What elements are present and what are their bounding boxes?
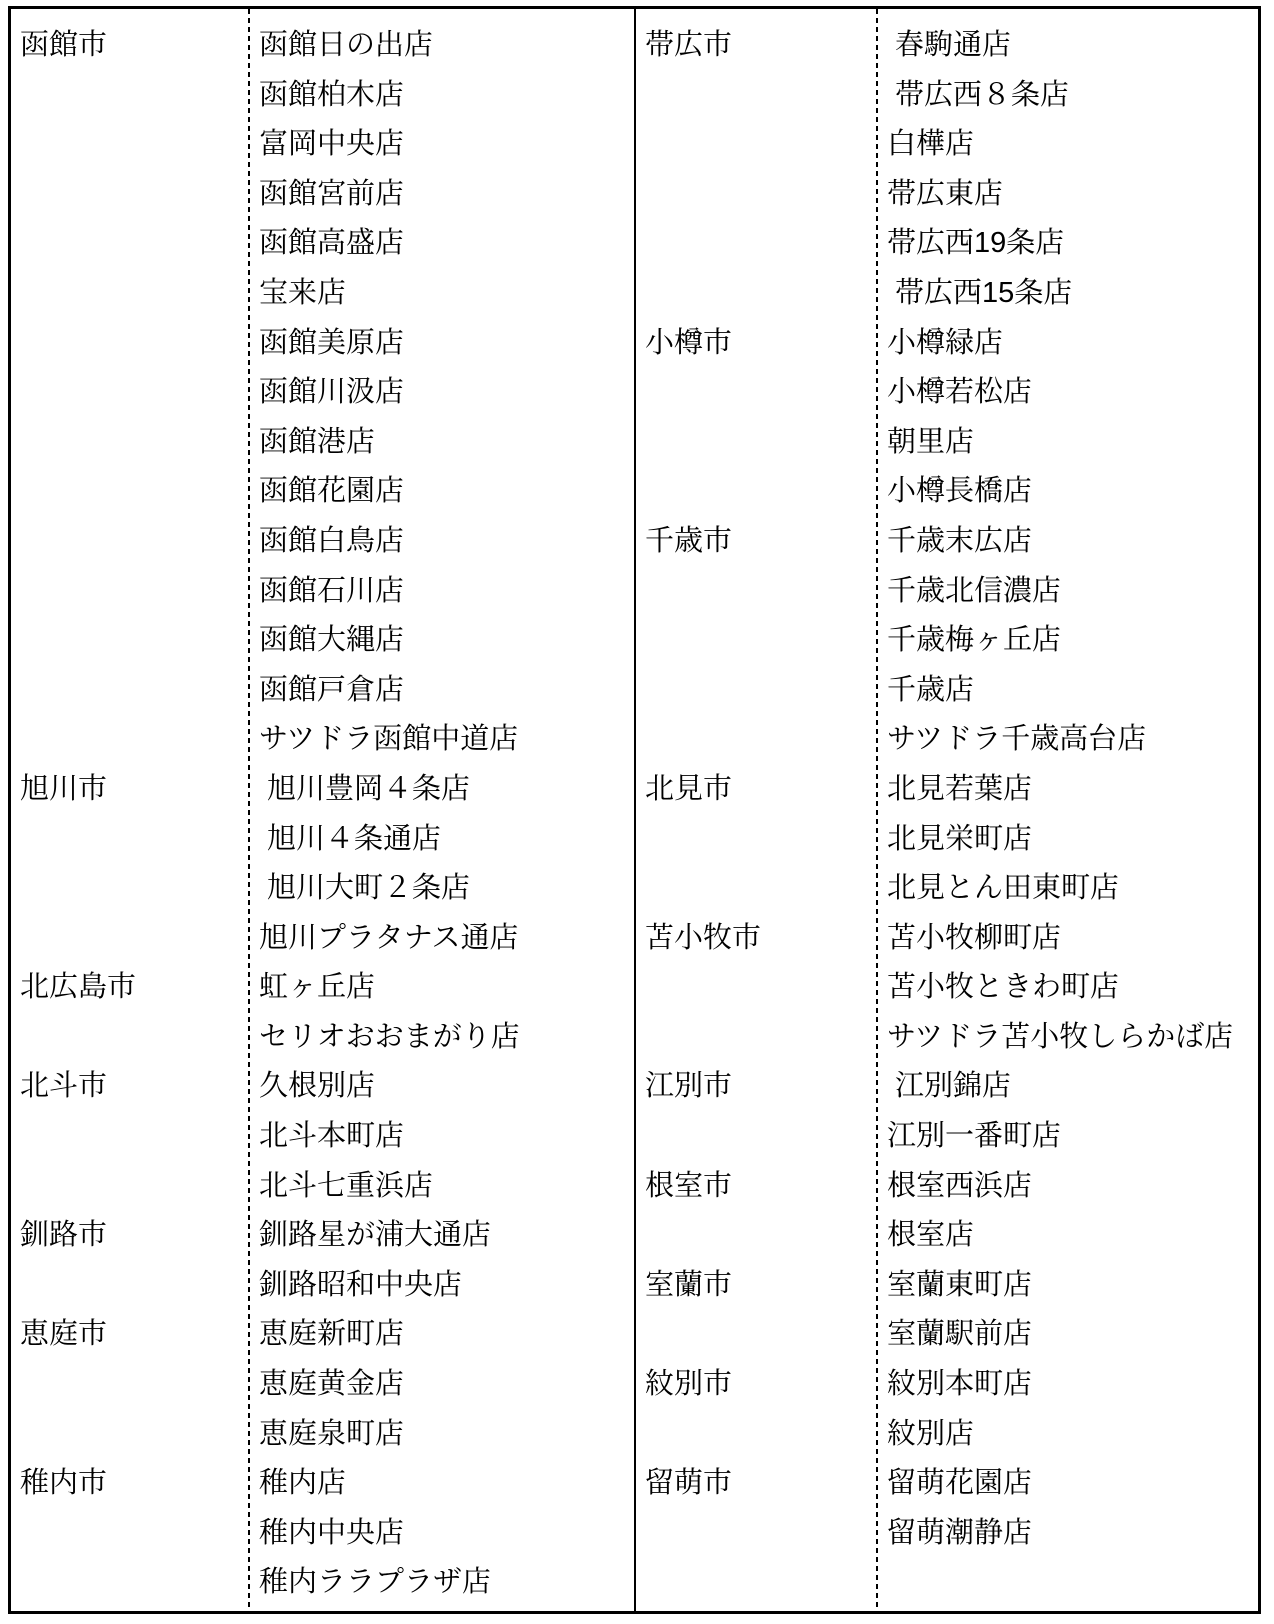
store-cell: 函館高盛店 xyxy=(248,219,634,269)
store-cell: 千歳末広店 xyxy=(876,517,1258,567)
store-cell: 函館日の出店 xyxy=(248,21,634,71)
store-cell: 函館美原店 xyxy=(248,319,634,369)
store-cell: 富岡中央店 xyxy=(248,120,634,170)
store-cell: 恵庭泉町店 xyxy=(248,1410,634,1460)
store-cell: 函館白鳥店 xyxy=(248,517,634,567)
city-cell: 恵庭市 xyxy=(11,1310,248,1360)
store-cell: 紋別店 xyxy=(876,1410,1258,1460)
store-cell: 根室店 xyxy=(876,1211,1258,1261)
store-cell: 函館宮前店 xyxy=(248,170,634,220)
table-right-section: 帯広市 春駒通店 帯広西８条店白樺店帯広東店帯広西19条店 帯広西15条店小樽市… xyxy=(634,9,1258,1611)
store-cell: 虹ヶ丘店 xyxy=(248,963,634,1013)
store-cell: 北見若葉店 xyxy=(876,765,1258,815)
city-cell: 小樽市 xyxy=(636,319,876,369)
city-cell: 帯広市 xyxy=(636,21,876,71)
store-cell: 稚内ララプラザ店 xyxy=(248,1558,634,1608)
store-cell: 函館戸倉店 xyxy=(248,666,634,716)
store-cell: サツドラ苫小牧しらかば店 xyxy=(876,1013,1258,1063)
store-cell: 北斗本町店 xyxy=(248,1112,634,1162)
store-cell: 釧路昭和中央店 xyxy=(248,1261,634,1311)
store-cell: 北斗七重浜店 xyxy=(248,1162,634,1212)
store-cell: 苫小牧ときわ町店 xyxy=(876,963,1258,1013)
store-cell: 千歳梅ヶ丘店 xyxy=(876,616,1258,666)
store-cell: 江別一番町店 xyxy=(876,1112,1258,1162)
store-cell: 旭川プラタナス通店 xyxy=(248,914,634,964)
right-dotted-divider xyxy=(876,9,878,1611)
city-cell: 苫小牧市 xyxy=(636,914,876,964)
store-cell: 留萌潮静店 xyxy=(876,1509,1258,1559)
store-cell: 室蘭東町店 xyxy=(876,1261,1258,1311)
store-cell: 苫小牧柳町店 xyxy=(876,914,1258,964)
store-cell: 千歳北信濃店 xyxy=(876,567,1258,617)
store-cell: 函館港店 xyxy=(248,418,634,468)
store-cell: 江別錦店 xyxy=(876,1062,1258,1112)
left-dotted-divider xyxy=(248,9,250,1611)
store-cell: 小樽若松店 xyxy=(876,368,1258,418)
store-cell: セリオおおまがり店 xyxy=(248,1013,634,1063)
store-cell: 旭川大町２条店 xyxy=(248,864,634,914)
store-cell: 小樽緑店 xyxy=(876,319,1258,369)
store-cell: 帯広西19条店 xyxy=(876,219,1258,269)
store-list-table: 函館市函館日の出店函館柏木店富岡中央店函館宮前店函館高盛店宝来店函館美原店函館川… xyxy=(8,6,1261,1614)
store-cell: 帯広東店 xyxy=(876,170,1258,220)
store-cell: 朝里店 xyxy=(876,418,1258,468)
store-cell: サツドラ千歳高台店 xyxy=(876,715,1258,765)
store-cell: 小樽長橋店 xyxy=(876,467,1258,517)
store-cell: 帯広西15条店 xyxy=(876,269,1258,319)
store-cell: 北見栄町店 xyxy=(876,815,1258,865)
city-cell: 北斗市 xyxy=(11,1062,248,1112)
store-cell: 千歳店 xyxy=(876,666,1258,716)
city-cell: 北見市 xyxy=(636,765,876,815)
store-cell: 白樺店 xyxy=(876,120,1258,170)
store-cell: 紋別本町店 xyxy=(876,1360,1258,1410)
city-cell: 旭川市 xyxy=(11,765,248,815)
store-cell: 函館柏木店 xyxy=(248,71,634,121)
store-cell: 帯広西８条店 xyxy=(876,71,1258,121)
city-cell: 稚内市 xyxy=(11,1459,248,1509)
city-cell: 室蘭市 xyxy=(636,1261,876,1311)
city-cell: 函館市 xyxy=(11,21,248,71)
store-cell: 春駒通店 xyxy=(876,21,1258,71)
city-cell: 江別市 xyxy=(636,1062,876,1112)
store-cell: 函館大縄店 xyxy=(248,616,634,666)
store-cell: 稚内中央店 xyxy=(248,1509,634,1559)
city-cell: 根室市 xyxy=(636,1162,876,1212)
city-cell: 千歳市 xyxy=(636,517,876,567)
store-cell: 恵庭新町店 xyxy=(248,1310,634,1360)
store-cell: 函館川汲店 xyxy=(248,368,634,418)
city-cell: 釧路市 xyxy=(11,1211,248,1261)
store-cell: 釧路星が浦大通店 xyxy=(248,1211,634,1261)
store-cell: 留萌花園店 xyxy=(876,1459,1258,1509)
store-cell: 根室西浜店 xyxy=(876,1162,1258,1212)
store-cell: 宝来店 xyxy=(248,269,634,319)
city-cell: 紋別市 xyxy=(636,1360,876,1410)
city-cell: 留萌市 xyxy=(636,1459,876,1509)
store-cell: 稚内店 xyxy=(248,1459,634,1509)
store-cell: 久根別店 xyxy=(248,1062,634,1112)
store-cell: 室蘭駅前店 xyxy=(876,1310,1258,1360)
store-cell: 旭川豊岡４条店 xyxy=(248,765,634,815)
store-cell: 恵庭黄金店 xyxy=(248,1360,634,1410)
store-cell: 函館石川店 xyxy=(248,567,634,617)
store-cell: サツドラ函館中道店 xyxy=(248,715,634,765)
store-cell: 函館花園店 xyxy=(248,467,634,517)
table-left-section: 函館市函館日の出店函館柏木店富岡中央店函館宮前店函館高盛店宝来店函館美原店函館川… xyxy=(11,9,634,1611)
city-cell: 北広島市 xyxy=(11,963,248,1013)
store-cell: 旭川４条通店 xyxy=(248,815,634,865)
store-cell: 北見とん田東町店 xyxy=(876,864,1258,914)
